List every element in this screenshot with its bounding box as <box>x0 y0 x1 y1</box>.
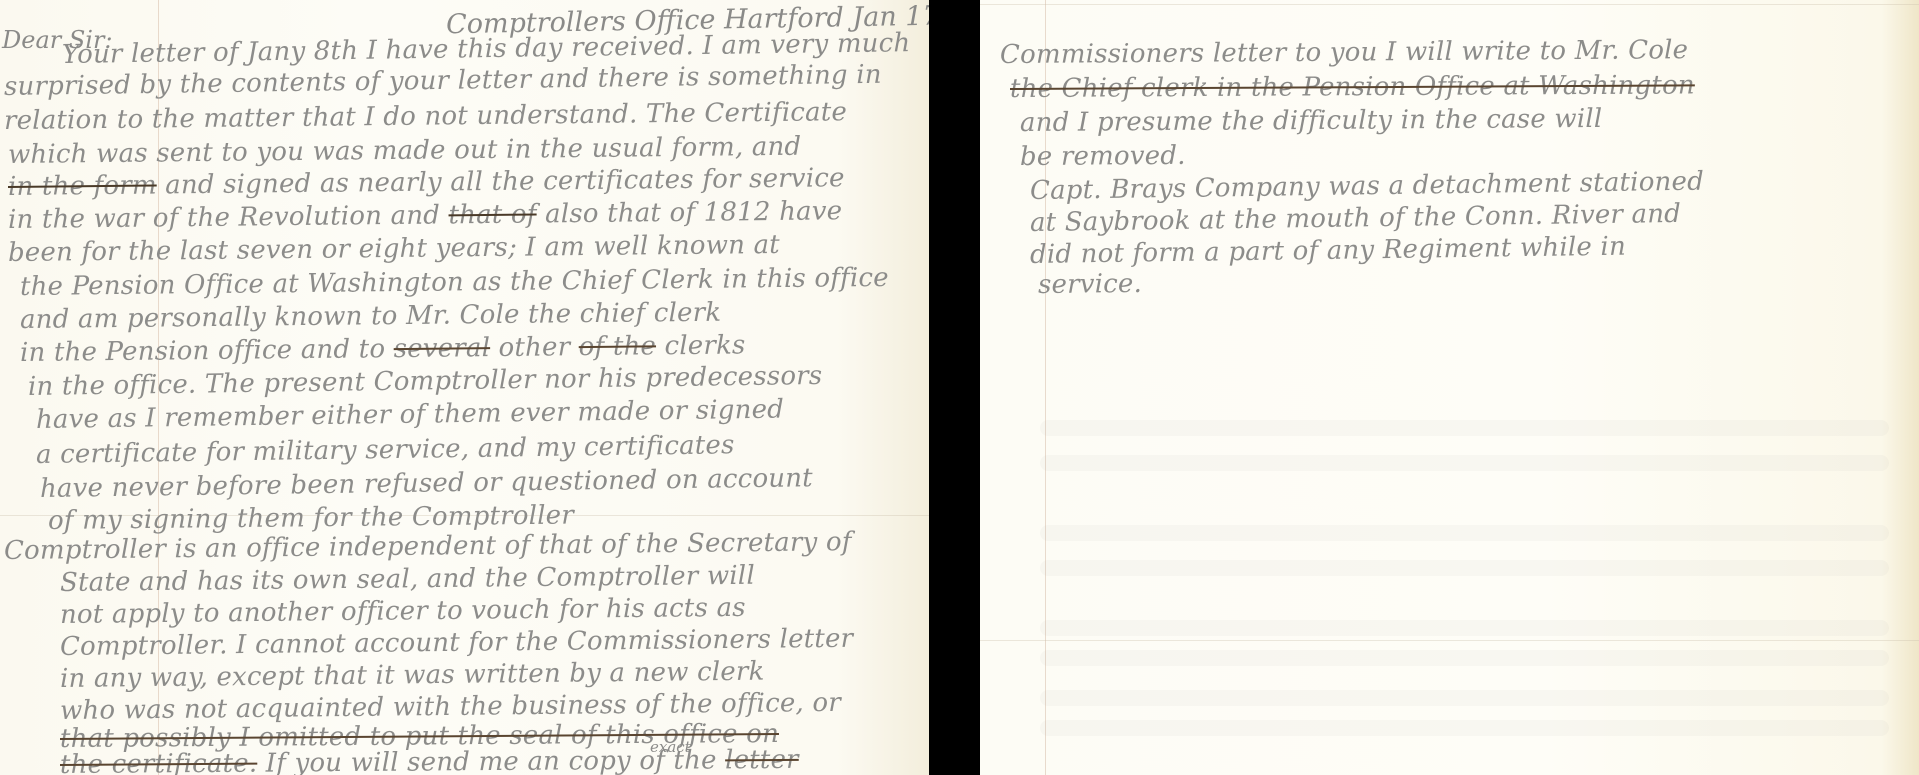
letter-line: Commissioners letter to you I will write… <box>1000 35 1688 70</box>
letter-line: not apply to another officer to vouch fo… <box>60 593 746 630</box>
line-text: did not form a part of any Regiment whil… <box>1030 232 1626 270</box>
line-text: relation to the matter that I do not und… <box>4 97 847 136</box>
struck-text: that of <box>448 199 536 230</box>
letter-line: in the form and signed as nearly all the… <box>8 163 845 202</box>
line-text: other <box>490 332 579 363</box>
letter-line: been for the last seven or eight years; … <box>8 230 780 268</box>
line-text: also that of 1812 have <box>536 196 842 229</box>
inserted-word: exact <box>650 738 691 756</box>
line-text: be removed. <box>1020 141 1186 172</box>
letter-line: the Chief clerk in the Pension Office at… <box>1010 70 1695 104</box>
fold-line <box>980 640 1919 641</box>
line-text: been for the last seven or eight years; … <box>8 230 780 268</box>
line-text: Commissioners letter to you I will write… <box>1000 35 1688 70</box>
left-page: Comptrollers Office Hartford Jan 17th 18… <box>0 0 929 775</box>
line-text: and signed as nearly all the certificate… <box>157 163 845 200</box>
struck-text: in the form <box>8 170 157 202</box>
bleed-through <box>1040 455 1889 471</box>
letter-line: in the Pension office and to several oth… <box>20 330 746 368</box>
line-text: the Pension Office at Washington as the … <box>20 263 889 302</box>
page-gutter <box>929 0 980 775</box>
letter-line: service. <box>1038 269 1142 300</box>
struck-text: several <box>394 333 491 364</box>
letter-line: and am personally known to Mr. Cole the … <box>20 298 722 335</box>
fold-line <box>980 4 1919 5</box>
line-text: have never before been refused or questi… <box>40 463 813 504</box>
bleed-through <box>1040 690 1889 706</box>
letter-line: in any way, except that it was written b… <box>60 657 765 694</box>
line-text: in any way, except that it was written b… <box>60 657 765 694</box>
line-text: not apply to another officer to vouch fo… <box>60 593 746 630</box>
line-text: service. <box>1038 269 1142 300</box>
letter-line: in the war of the Revolution and that of… <box>8 196 843 235</box>
letter-line: the Pension Office at Washington as the … <box>20 263 889 302</box>
bleed-through <box>1040 650 1889 666</box>
struck-text: letter <box>725 745 799 775</box>
line-text: and I presume the difficulty in the case… <box>1020 104 1603 138</box>
letter-line: a certificate for military service, and … <box>36 430 735 470</box>
bleed-through <box>1040 720 1889 736</box>
letter-line: State and has its own seal, and the Comp… <box>60 561 755 598</box>
line-text: a certificate for military service, and … <box>36 430 735 470</box>
letter-line: did not form a part of any Regiment whil… <box>1030 232 1626 270</box>
letter-line: have as I remember either of them ever m… <box>36 395 784 435</box>
bleed-through <box>1040 525 1889 541</box>
bleed-through <box>1040 420 1889 436</box>
letter-line: relation to the matter that I do not und… <box>4 97 847 136</box>
line-text: in the war of the Revolution and <box>8 200 449 235</box>
struck-text: the Chief clerk in the Pension Office at… <box>1010 70 1695 104</box>
letter-line: and I presume the difficulty in the case… <box>1020 104 1603 138</box>
struck-text: of the <box>579 331 657 362</box>
line-text: State and has its own seal, and the Comp… <box>60 561 755 598</box>
right-page: Commissioners letter to you I will write… <box>980 0 1919 775</box>
letter-line: have never before been refused or questi… <box>40 463 813 504</box>
struck-text: the certificate. <box>60 749 258 775</box>
bleed-through <box>1040 560 1889 576</box>
letter-line: be removed. <box>1020 141 1186 172</box>
line-text: in the Pension office and to <box>20 334 394 368</box>
line-text: have as I remember either of them ever m… <box>36 395 784 435</box>
line-text: clerks <box>656 330 746 361</box>
bleed-through <box>1040 620 1889 636</box>
line-text: and am personally known to Mr. Cole the … <box>20 298 722 335</box>
